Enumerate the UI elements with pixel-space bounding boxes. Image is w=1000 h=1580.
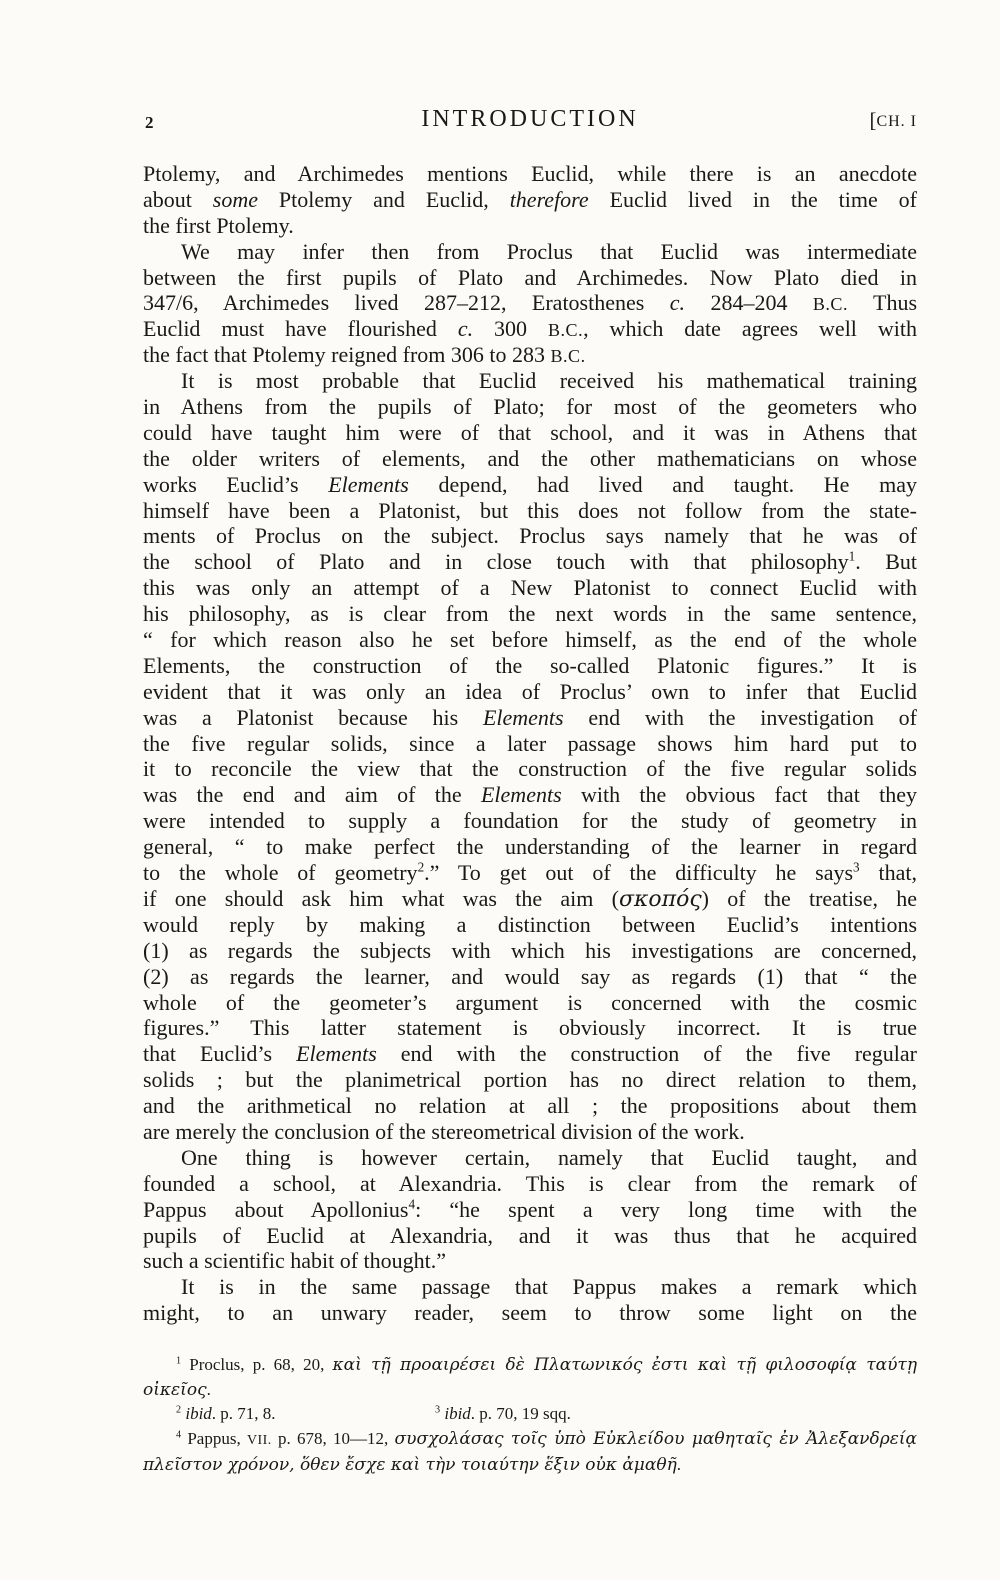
text-line: evident that it was only an idea of Proc… <box>143 679 917 705</box>
text-line: this was only an attempt of a New Platon… <box>143 575 917 601</box>
text-line: the first Ptolemy. <box>143 213 917 239</box>
text-line: “ for which reason also he set before hi… <box>143 627 917 653</box>
text-line: in Athens from the pupils of Plato; for … <box>143 394 917 420</box>
text-line: that Euclid’s Elements end with the cons… <box>143 1041 917 1067</box>
footnote-2-3-row: 2 ibid. p. 71, 8.3 ibid. p. 70, 19 sqq. <box>143 1402 917 1427</box>
text-line: his philosophy, as is clear from the nex… <box>143 601 917 627</box>
text-line: are merely the conclusion of the stereom… <box>143 1119 917 1145</box>
paragraph: It is in the same passage that Pappus ma… <box>143 1274 917 1326</box>
footnote-4-line-2: πλεῖστον χρόνον, ὅθεν ἔσχε καὶ τὴν τοιαύ… <box>143 1453 917 1478</box>
footnote-3: 3 ibid. p. 70, 19 sqq. <box>435 1404 571 1423</box>
paragraph: It is most probable that Euclid received… <box>143 368 917 1145</box>
text-line: solids ; but the planimetrical portion h… <box>143 1067 917 1093</box>
text-line: the fact that Ptolemy reigned from 306 t… <box>143 342 917 368</box>
text-line: pupils of Euclid at Alexandria, and it w… <box>143 1223 917 1249</box>
book-page: 2 INTRODUCTION [CH. I Ptolemy, and Archi… <box>0 0 1000 1580</box>
text-line: it to reconcile the view that the constr… <box>143 756 917 782</box>
text-line: whole of the geometer’s argument is conc… <box>143 990 917 1016</box>
text-line: Elements, the construction of the so-cal… <box>143 653 917 679</box>
text-line: was a Platonist because his Elements end… <box>143 705 917 731</box>
paragraph: Ptolemy, and Archimedes mentions Euclid,… <box>143 161 917 239</box>
text-line: might, to an unwary reader, seem to thro… <box>143 1300 917 1326</box>
text-line: were intended to supply a foundation for… <box>143 808 917 834</box>
text-line: general, “ to make perfect the understan… <box>143 834 917 860</box>
text-line: could have taught him were of that schoo… <box>143 420 917 446</box>
text-line: Ptolemy, and Archimedes mentions Euclid,… <box>143 161 917 187</box>
footnote-2: 2 ibid. p. 71, 8. <box>176 1402 435 1427</box>
text-line: One thing is however certain, namely tha… <box>143 1145 917 1171</box>
text-line: Euclid must have flourished c. 300 B.C.,… <box>143 316 917 342</box>
text-line: such a scientific habit of thought.” <box>143 1248 917 1274</box>
footnote-1: 1 Proclus, p. 68, 20, καὶ τῇ προαιρέσει … <box>143 1353 917 1402</box>
text-line: was the end and aim of the Elements with… <box>143 782 917 808</box>
text-line: It is in the same passage that Pappus ma… <box>143 1274 917 1300</box>
text-line: about some Ptolemy and Euclid, therefore… <box>143 187 917 213</box>
footnotes: 1 Proclus, p. 68, 20, καὶ τῇ προαιρέσει … <box>143 1353 917 1478</box>
text-line: the school of Plato and in close touch w… <box>143 549 917 575</box>
text-line: himself have been a Platonist, but this … <box>143 498 917 524</box>
chapter-reference: [CH. I <box>869 108 917 133</box>
text-line: figures.” This latter statement is obvio… <box>143 1015 917 1041</box>
text-line: and the arithmetical no relation at all … <box>143 1093 917 1119</box>
text-line: founded a school, at Alexandria. This is… <box>143 1171 917 1197</box>
footnote-4-line-1: 4 Pappus, VII. p. 678, 10—12, συσχολάσας… <box>143 1427 917 1454</box>
body-text: Ptolemy, and Archimedes mentions Euclid,… <box>143 161 917 1326</box>
text-line: works Euclid’s Elements depend, had live… <box>143 472 917 498</box>
chapter-label: CH. I <box>876 113 917 130</box>
running-header: 2 INTRODUCTION [CH. I <box>143 106 917 138</box>
text-line: Pappus about Apollonius4: “he spent a ve… <box>143 1197 917 1223</box>
text-line: would reply by making a distinction betw… <box>143 912 917 938</box>
page-title: INTRODUCTION <box>143 106 917 133</box>
text-line: between the first pupils of Plato and Ar… <box>143 265 917 291</box>
text-line: the older writers of elements, and the o… <box>143 446 917 472</box>
paragraph: We may infer then from Proclus that Eucl… <box>143 239 917 368</box>
text-line: the five regular solids, since a later p… <box>143 731 917 757</box>
text-line: if one should ask him what was the aim (… <box>143 886 917 912</box>
text-line: ments of Proclus on the subject. Proclus… <box>143 523 917 549</box>
text-line: It is most probable that Euclid received… <box>143 368 917 394</box>
text-line: 347/6, Archimedes lived 287–212, Eratost… <box>143 290 917 316</box>
text-line: We may infer then from Proclus that Eucl… <box>143 239 917 265</box>
text-line: (2) as regards the learner, and would sa… <box>143 964 917 990</box>
text-line: to the whole of geometry2.” To get out o… <box>143 860 917 886</box>
text-line: (1) as regards the subjects with which h… <box>143 938 917 964</box>
paragraph: One thing is however certain, namely tha… <box>143 1145 917 1274</box>
